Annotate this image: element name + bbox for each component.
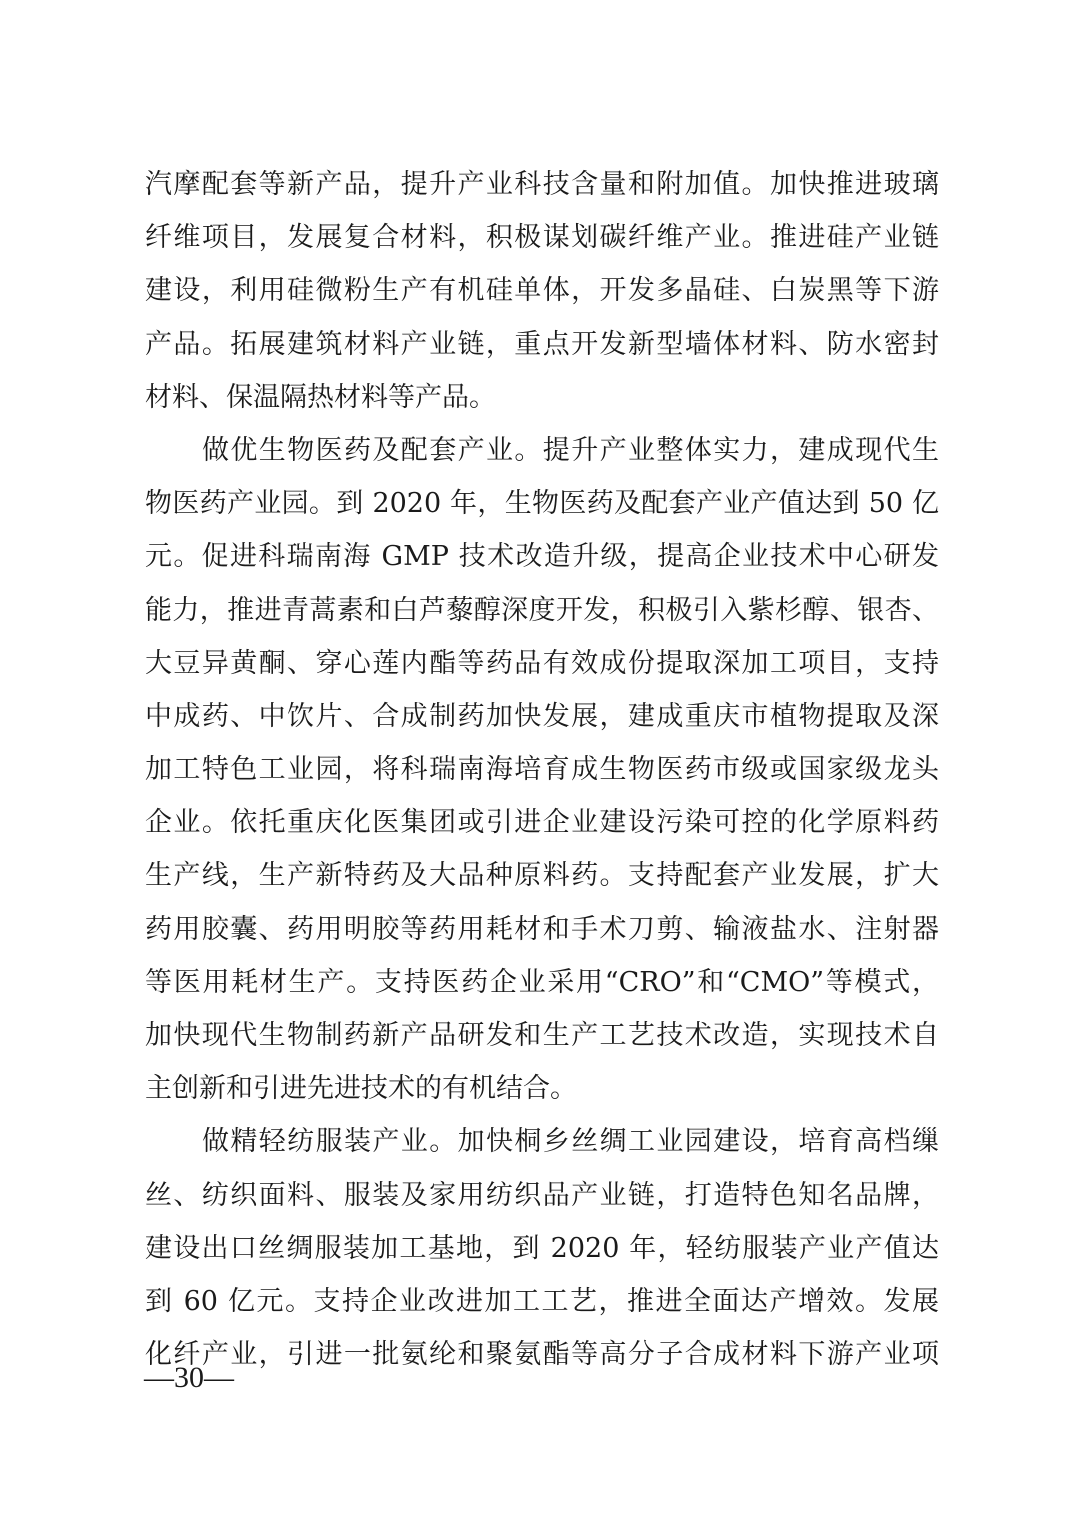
text-line: 物医药产业园。到 2020 年，生物医药及配套产业产值达到 50 亿 <box>145 483 939 536</box>
text-line: 化纤产业，引进一批氨纶和聚氨酯等高分子合成材料下游产业项 <box>145 1334 939 1387</box>
page-number: —30— <box>144 1358 234 1398</box>
text-line: 加工特色工业园，将科瑞南海培育成生物医药市级或国家级龙头 <box>145 749 939 802</box>
paragraph-biomedicine: 做优生物医药及配套产业。提升产业整体实力，建成现代生 物医药产业园。到 2020… <box>145 430 939 1121</box>
paragraph-materials-continued: 汽摩配套等新产品，提升产业科技含量和附加值。加快推进玻璃 纤维项目，发展复合材料… <box>145 164 939 430</box>
text-line: 纤维项目，发展复合材料，积极谋划碳纤维产业。推进硅产业链 <box>145 217 939 270</box>
text-line: 主创新和引进先进技术的有机结合。 <box>145 1068 939 1121</box>
text-line: 生产线，生产新特药及大品种原料药。支持配套产业发展，扩大 <box>145 855 939 908</box>
text-line: 企业。依托重庆化医集团或引进企业建设污染可控的化学原料药 <box>145 802 939 855</box>
text-line: 加快现代生物制药新产品研发和生产工艺技术改造，实现技术自 <box>145 1015 939 1068</box>
text-line: 药用胶囊、药用明胶等药用耗材和手术刀剪、输液盐水、注射器 <box>145 909 939 962</box>
text-line: 产品。拓展建筑材料产业链，重点开发新型墙体材料、防水密封 <box>145 324 939 377</box>
text-line: 材料、保温隔热材料等产品。 <box>145 377 939 430</box>
text-line: 等医用耗材生产。支持医药企业采用“CRO”和“CMO”等模式， <box>145 962 939 1015</box>
text-line: 建设出口丝绸服装加工基地，到 2020 年，轻纺服装产业产值达 <box>145 1228 939 1281</box>
document-page: 汽摩配套等新产品，提升产业科技含量和附加值。加快推进玻璃 纤维项目，发展复合材料… <box>0 0 1074 1520</box>
text-line: 做优生物医药及配套产业。提升产业整体实力，建成现代生 <box>145 430 939 483</box>
body-text: 汽摩配套等新产品，提升产业科技含量和附加值。加快推进玻璃 纤维项目，发展复合材料… <box>145 164 939 1387</box>
text-line: 元。促进科瑞南海 GMP 技术改造升级，提高企业技术中心研发 <box>145 536 939 589</box>
text-line: 做精轻纺服装产业。加快桐乡丝绸工业园建设，培育高档缫 <box>145 1121 939 1174</box>
text-line: 大豆异黄酮、穿心莲内酯等药品有效成份提取深加工项目，支持 <box>145 643 939 696</box>
text-line: 中成药、中饮片、合成制药加快发展，建成重庆市植物提取及深 <box>145 696 939 749</box>
text-line: 丝、纺织面料、服装及家用纺织品产业链，打造特色知名品牌， <box>145 1175 939 1228</box>
text-line: 汽摩配套等新产品，提升产业科技含量和附加值。加快推进玻璃 <box>145 164 939 217</box>
paragraph-textiles: 做精轻纺服装产业。加快桐乡丝绸工业园建设，培育高档缫 丝、纺织面料、服装及家用纺… <box>145 1121 939 1387</box>
text-line: 建设，利用硅微粉生产有机硅单体，开发多晶硅、白炭黑等下游 <box>145 270 939 323</box>
text-line: 到 60 亿元。支持企业改进加工工艺，推进全面达产增效。发展 <box>145 1281 939 1334</box>
text-line: 能力，推进青蒿素和白芦藜醇深度开发，积极引入紫杉醇、银杏、 <box>145 590 939 643</box>
